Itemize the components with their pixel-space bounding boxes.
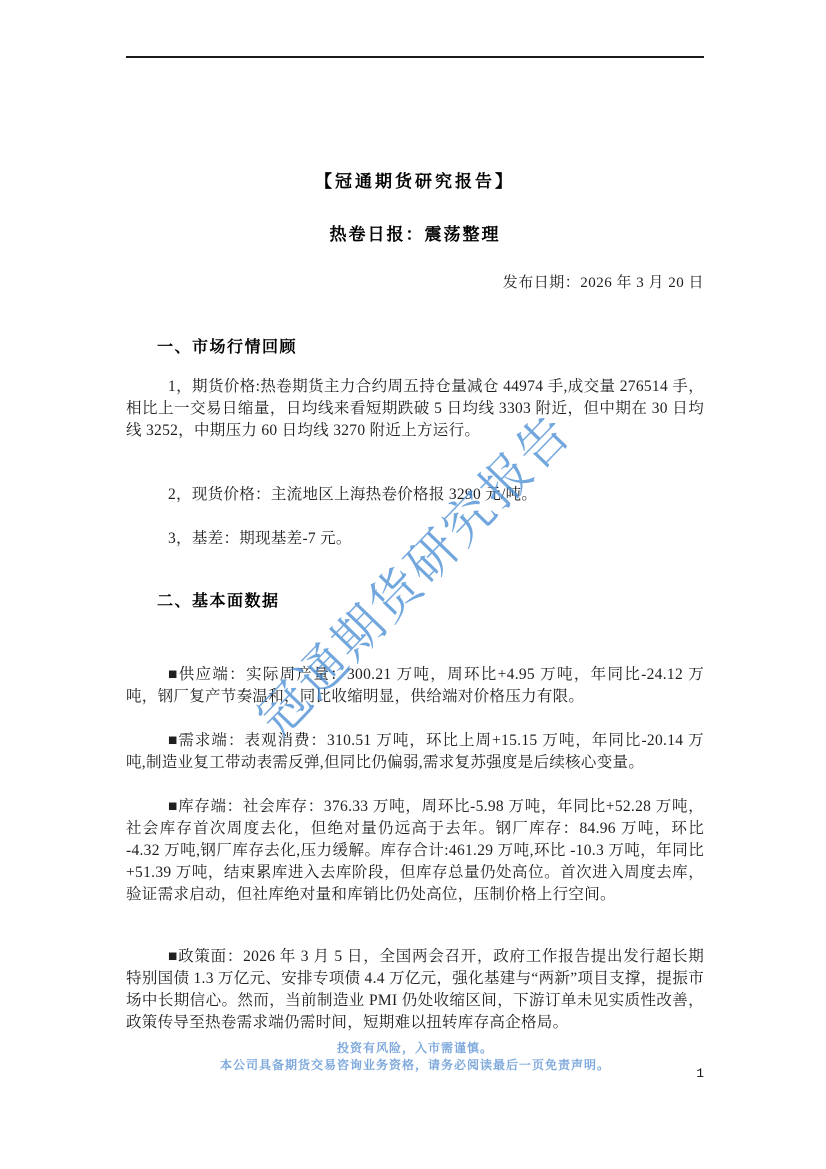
report-page: 【冠通期货研究报告】 热卷日报：震荡整理 发布日期：2026 年 3 月 20 …: [0, 0, 826, 1169]
paragraph-spot-price: 2，现货价格：主流地区上海热卷价格报 3290 元/吨。: [126, 484, 704, 506]
header-divider: [126, 56, 704, 58]
paragraph-policy: ■政策面：2026 年 3 月 5 日，全国两会召开，政府工作报告提出发行超长期…: [126, 946, 704, 1034]
section-heading-fundamentals: 二、基本面数据: [157, 588, 280, 611]
report-brand-title: 【冠通期货研究报告】: [126, 167, 704, 192]
section-heading-market-review: 一、市场行情回顾: [157, 334, 297, 357]
footer-risk-warning: 投资有风险，入市需谨慎。: [126, 1040, 704, 1057]
paragraph-basis: 3，基差：期现基差-7 元。: [126, 528, 704, 550]
page-number: 1: [126, 1066, 704, 1081]
paragraph-inventory: ■库存端：社会库存：376.33 万吨，周环比-5.98 万吨，年同比+52.2…: [126, 796, 704, 906]
paragraph-demand: ■需求端：表观消费：310.51 万吨，环比上周+15.15 万吨，年同比-20…: [126, 730, 704, 774]
paragraph-futures-price: 1，期货价格:热卷期货主力合约周五持仓量减仓 44974 手,成交量 27651…: [126, 376, 704, 442]
paragraph-supply: ■供应端：实际周产量：300.21 万吨，周环比+4.95 万吨，年同比-24.…: [126, 664, 704, 708]
publish-date: 发布日期：2026 年 3 月 20 日: [126, 271, 704, 292]
report-title: 热卷日报：震荡整理: [126, 220, 704, 245]
